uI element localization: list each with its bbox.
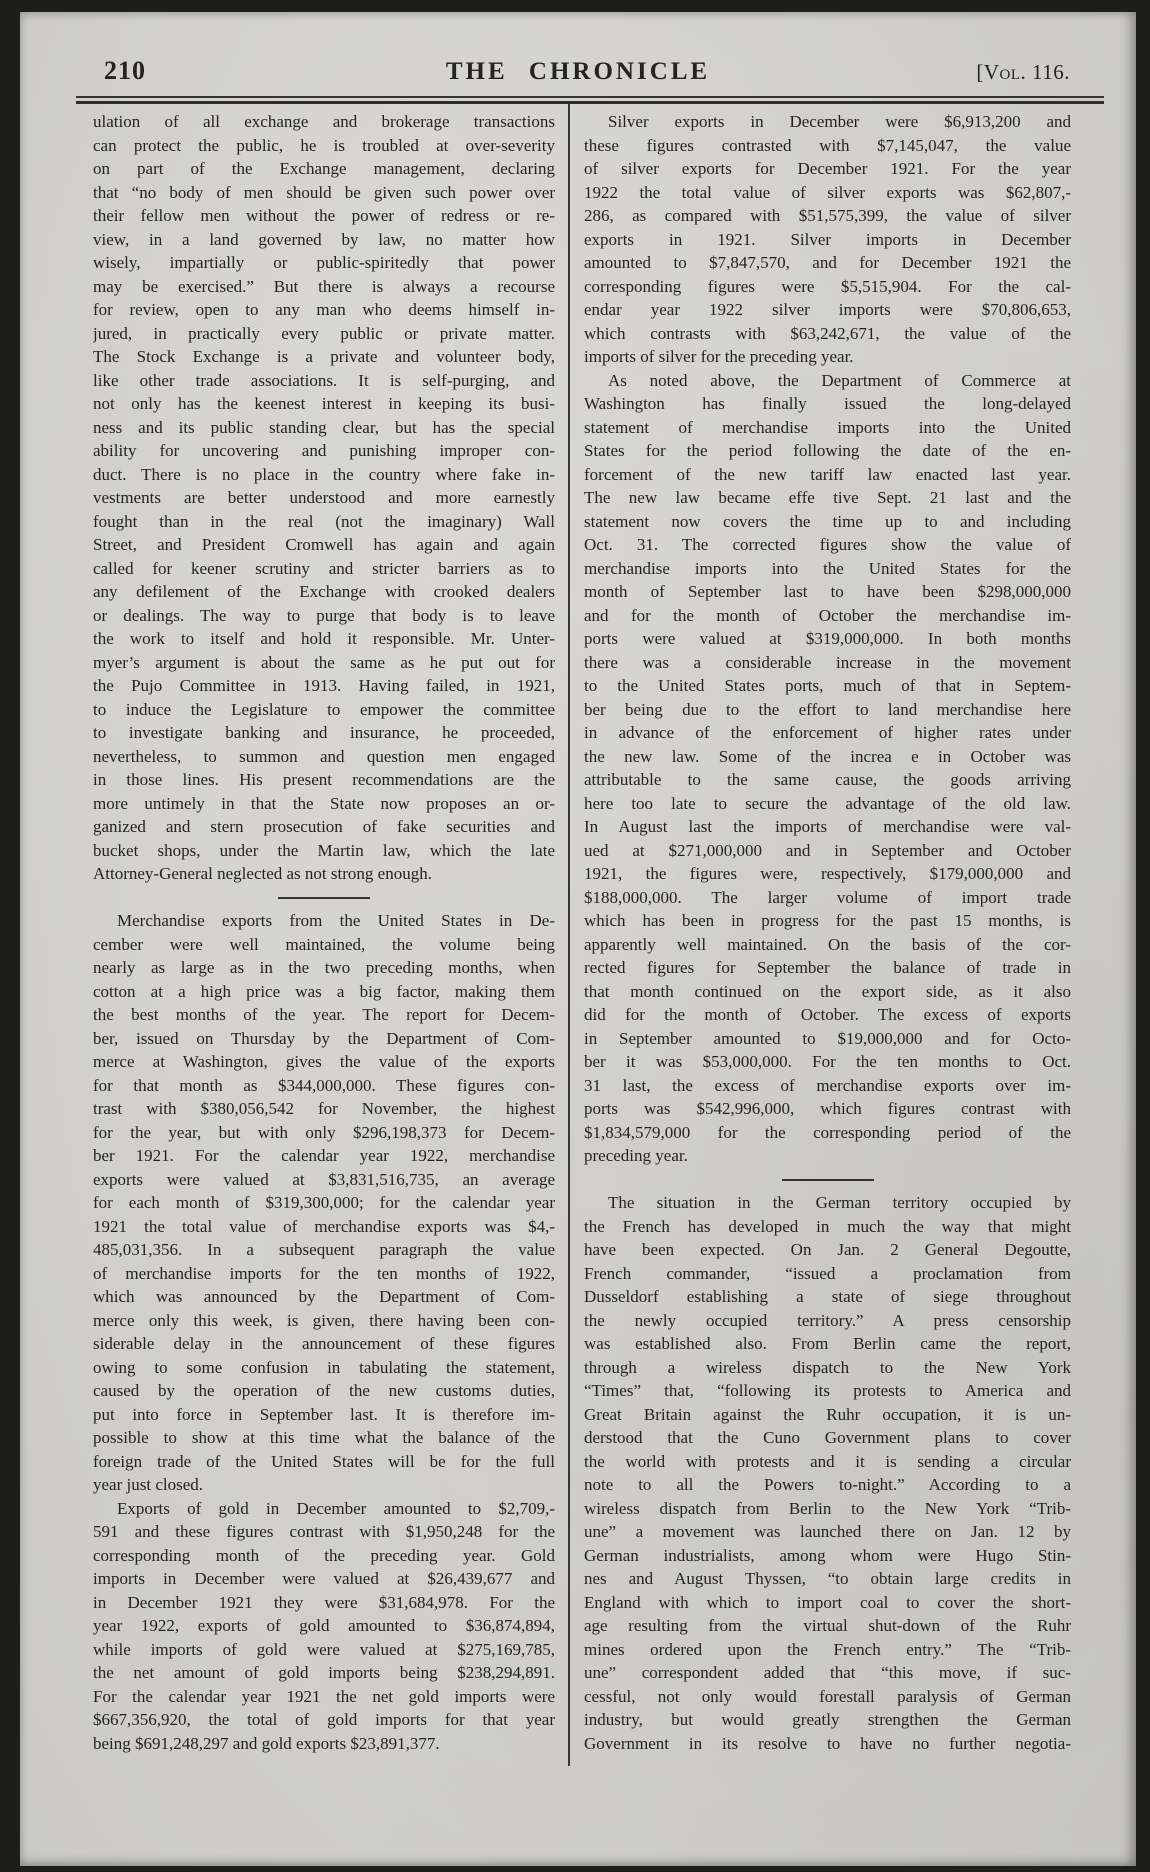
text-line: ports was $542,996,000, which figures co… [584,1097,1071,1121]
text-line: ability for uncovering and punishing imp… [93,439,555,463]
text-line: the newly occupied territory.” A press c… [584,1309,1071,1333]
text-line: nearly as large as in the two preceding … [93,956,555,980]
text-line: in September amounted to $19,000,000 and… [584,1027,1071,1051]
text-line: for each month of $319,300,000; for the … [93,1191,555,1215]
text-line: myer’s argument is about the same as he … [93,651,555,675]
text-line: and for the month of October the merchan… [584,604,1071,628]
text-line: vestments are better understood and more… [93,486,555,510]
text-line: note to all the Powers to-night.” Accord… [584,1473,1071,1497]
text-line: view, in a land governed by law, no matt… [93,228,555,252]
text-line: ness and its public standing clear, but … [93,416,555,440]
text-line: ber it was $53,000,000. For the ten mont… [584,1050,1071,1074]
text-line: statement of merchandise imports into th… [584,416,1071,440]
text-line: here too late to secure the advantage of… [584,792,1071,816]
scanned-page: 210 THE CHRONICLE [Vol. 116. ulation of … [20,12,1136,1866]
text-line: mines ordered upon the French entry.” Th… [584,1638,1071,1662]
text-line: the Pujo Committee in 1913. Having faile… [93,674,555,698]
column-divider [568,104,570,1766]
text-line: age resulting from the virtual shut-down… [584,1614,1071,1638]
text-line: imports in December were valued at $26,4… [93,1567,555,1591]
text-line: 1921 the total value of merchandise expo… [93,1215,555,1239]
text-line: which contrasts with $63,242,671, the va… [584,322,1071,346]
text-line: or dealings. The way to purge that body … [93,604,555,628]
text-line: Great Britain against the Ruhr occupatio… [584,1403,1071,1427]
text-line: The new law became effe tive Sept. 21 la… [584,486,1071,510]
text-line: year 1922, exports of gold amounted to $… [93,1614,555,1638]
text-line: not only has the keenest interest in kee… [93,392,555,416]
text-line: that “no body of men should be given suc… [93,181,555,205]
text-line: German industrialists, among whom were H… [584,1544,1071,1568]
text-line: une” correspondent added that “this move… [584,1661,1071,1685]
text-line: can protect the public, he is troubled a… [93,134,555,158]
text-line: cotton at a high price was a big factor,… [93,980,555,1004]
text-line: to induce the Legislature to empower the… [93,698,555,722]
text-line: the best months of the year. The report … [93,1003,555,1027]
text-line: 591 and these figures contrast with $1,9… [93,1520,555,1544]
text-line: Attorney-General neglected as not strong… [93,862,555,886]
text-line: 1921, the figures were, respectively, $1… [584,862,1071,886]
text-line: the world with protests and it is sendin… [584,1450,1071,1474]
left-column: ulation of all exchange and brokerage tr… [93,110,555,1755]
text-line: exports in 1921. Silver imports in Decem… [584,228,1071,252]
text-line: may be exercised.” But there is always a… [93,275,555,299]
text-line: the new law. Some of the increa e in Oct… [584,745,1071,769]
text-line: foreign trade of the United States will … [93,1450,555,1474]
text-line: derstood that the Cuno Government plans … [584,1426,1071,1450]
text-line: 485,031,356. In a subsequent paragraph t… [93,1238,555,1262]
text-line: any defilement of the Exchange with croo… [93,580,555,604]
text-line: Government in its resolve to have no fur… [584,1732,1071,1756]
text-line: ulation of all exchange and brokerage tr… [93,110,555,134]
text-line: trast with $380,056,542 for November, th… [93,1097,555,1121]
text-line: possible to show at this time what the b… [93,1426,555,1450]
text-line: wireless dispatch from Berlin to the New… [584,1497,1071,1521]
text-line: ports were valued at $319,000,000. In bo… [584,627,1071,651]
text-line: exports were valued at $3,831,516,735, a… [93,1168,555,1192]
text-line: $188,000,000. The larger volume of impor… [584,886,1071,910]
text-line: Oct. 31. The corrected figures show the … [584,533,1071,557]
text-line: nes and August Thyssen, “to obtain large… [584,1567,1071,1591]
text-line: duct. There is no place in the country w… [93,463,555,487]
text-line: The situation in the German territory oc… [584,1191,1071,1215]
text-line: bucket shops, under the Martin law, whic… [93,839,555,863]
text-line: more untimely in that the State now prop… [93,792,555,816]
section-divider [584,1168,1071,1192]
text-line: preceding year. [584,1144,1071,1168]
text-line: Merchandise exports from the United Stat… [93,909,555,933]
text-line: corresponding month of the preceding yea… [93,1544,555,1568]
text-line: that month continued on the export side,… [584,980,1071,1004]
section-divider [93,886,555,910]
text-line: forcement of the new tariff law enacted … [584,463,1071,487]
text-line: merce at Washington, gives the value of … [93,1050,555,1074]
text-line: owing to some confusion in tabulating th… [93,1356,555,1380]
text-line: like other trade associations. It is sel… [93,369,555,393]
text-line: while imports of gold were valued at $27… [93,1638,555,1662]
text-line: siderable delay in the announcement of t… [93,1332,555,1356]
text-line: Washington has finally issued the long-d… [584,392,1071,416]
text-line: fought than in the real (not the imagina… [93,510,555,534]
text-line: amounted to $7,847,570, and for December… [584,251,1071,275]
text-line: year just closed. [93,1473,555,1497]
header-rule [76,96,1104,104]
text-line: wisely, impartially or public-spiritedly… [93,251,555,275]
text-line: cember were well maintained, the volume … [93,933,555,957]
text-line: une” a movement was launched there on Ja… [584,1520,1071,1544]
text-line: cessful, not only would forestall paraly… [584,1685,1071,1709]
text-line: in those lines. His present recommendati… [93,768,555,792]
text-line: the French has developed in much the way… [584,1215,1071,1239]
text-line: for that month as $344,000,000. These fi… [93,1074,555,1098]
text-line: was established also. From Berlin came t… [584,1332,1071,1356]
text-line: 286, as compared with $51,575,399, the v… [584,204,1071,228]
text-line: ber being due to the effort to land merc… [584,698,1071,722]
text-line: corresponding figures were $5,515,904. F… [584,275,1071,299]
text-line: endar year 1922 silver imports were $70,… [584,298,1071,322]
text-line: 31 last, the excess of merchandise expor… [584,1074,1071,1098]
text-line: did for the month of October. The excess… [584,1003,1071,1027]
text-line: French commander, “issued a proclamation… [584,1262,1071,1286]
text-line: on part of the Exchange management, decl… [93,157,555,181]
text-line: merchandise imports into the United Stat… [584,557,1071,581]
text-line: England with which to import coal to cov… [584,1591,1071,1615]
text-line: for review, open to any man who deems hi… [93,298,555,322]
text-line: ber 1921. For the calendar year 1922, me… [93,1144,555,1168]
text-line: In August last the imports of merchandis… [584,815,1071,839]
text-line: which was announced by the Department of… [93,1285,555,1309]
text-line: there was a considerable increase in the… [584,651,1071,675]
text-line: to the United States ports, much of that… [584,674,1071,698]
text-line: for the year, but with only $296,198,373… [93,1121,555,1145]
text-line: Exports of gold in December amounted to … [93,1497,555,1521]
text-line: of silver exports for December 1921. For… [584,157,1071,181]
text-line: which has been in progress for the past … [584,909,1071,933]
text-line: $667,356,920, the total of gold imports … [93,1708,555,1732]
text-line: these figures contrasted with $7,145,047… [584,134,1071,158]
text-line: being $691,248,297 and gold exports $23,… [93,1732,555,1756]
text-line: put into force in September last. It is … [93,1403,555,1427]
text-line: imports of silver for the preceding year… [584,345,1071,369]
text-line: $1,834,579,000 for the corresponding per… [584,1121,1071,1145]
text-line: “Times” that, “following its protests to… [584,1379,1071,1403]
text-line: called for keener scrutiny and stricter … [93,557,555,581]
volume-label: [Vol. 116. [976,60,1070,85]
text-line: industry, but would greatly strengthen t… [584,1708,1071,1732]
text-line: rected figures for September the balance… [584,956,1071,980]
text-line: The Stock Exchange is a private and volu… [93,345,555,369]
text-line: apparently well maintained. On the basis… [584,933,1071,957]
text-line: to investigate banking and insurance, he… [93,721,555,745]
text-line: ganized and stern prosecution of fake se… [93,815,555,839]
text-line: the work to itself and hold it responsib… [93,627,555,651]
text-line: the net amount of gold imports being $23… [93,1661,555,1685]
text-line: ued at $271,000,000 and in September and… [584,839,1071,863]
text-line: in December 1921 they were $31,684,978. … [93,1591,555,1615]
text-line: have been expected. On Jan. 2 General De… [584,1238,1071,1262]
text-line: caused by the operation of the new custo… [93,1379,555,1403]
text-line: through a wireless dispatch to the New Y… [584,1356,1071,1380]
text-line: As noted above, the Department of Commer… [584,369,1071,393]
text-line: Street, and President Cromwell has again… [93,533,555,557]
text-line: ber, issued on Thursday by the Departmen… [93,1027,555,1051]
text-line: For the calendar year 1921 the net gold … [93,1685,555,1709]
text-line: Dusseldorf establishing a state of siege… [584,1285,1071,1309]
publication-title: THE CHRONICLE [20,58,1136,86]
text-line: statement now covers the time up to and … [584,510,1071,534]
text-line: in advance of the enforcement of higher … [584,721,1071,745]
text-line: merce only this week, is given, there ha… [93,1309,555,1333]
text-line: month of September last to have been $29… [584,580,1071,604]
text-line: States for the period following the date… [584,439,1071,463]
text-line: attributable to the same cause, the good… [584,768,1071,792]
text-line: of merchandise imports for the ten month… [93,1262,555,1286]
text-line: their fellow men without the power of re… [93,204,555,228]
text-line: nevertheless, to summon and question men… [93,745,555,769]
text-line: jured, in practically every public or pr… [93,322,555,346]
text-line: 1922 the total value of silver exports w… [584,181,1071,205]
text-line: Silver exports in December were $6,913,2… [584,110,1071,134]
right-column: Silver exports in December were $6,913,2… [584,110,1071,1755]
